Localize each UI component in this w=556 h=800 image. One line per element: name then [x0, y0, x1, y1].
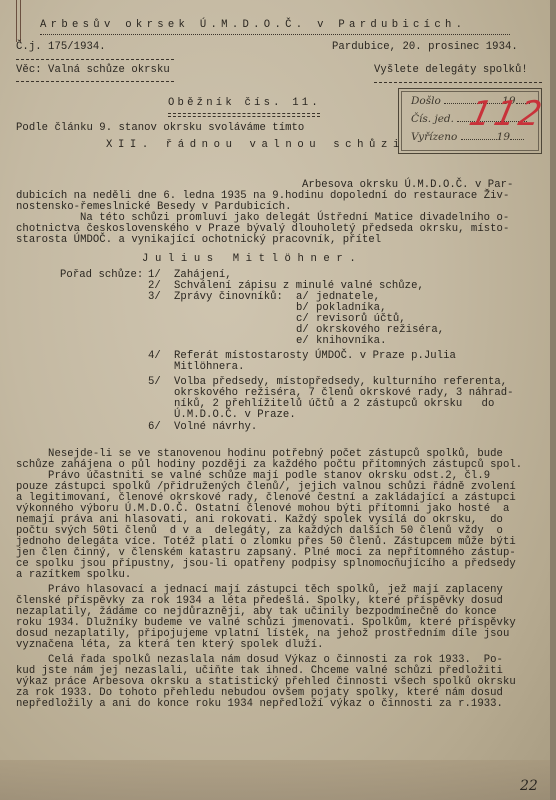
title-underline: [168, 113, 320, 114]
binding-mark: [16, 0, 21, 42]
speaker-line: starosta ÚMDOČ. a vynikající ochotnický …: [16, 235, 381, 247]
number-label: Čís. jed.: [411, 113, 454, 125]
divider: [16, 81, 174, 82]
agenda-subitem: knihovníka.: [316, 336, 386, 348]
divider: [374, 82, 542, 83]
title-underline: [168, 116, 320, 117]
document-page: Arbesův okrsek Ú.M.D.O.Č. v Pardubicích.…: [0, 0, 552, 800]
paragraph-line: vyznačena léta, za která ten který spole…: [16, 640, 324, 652]
settled-label: Vyřízeno: [411, 131, 457, 143]
subject-line: Věc: Valná schůze okrsku: [16, 65, 170, 77]
letterhead: Arbesův okrsek Ú.M.D.O.Č. v Pardubicích.: [40, 20, 466, 32]
agenda-item: Ú.M.D.O.Č. v Praze.: [174, 410, 296, 422]
reference-number: Č.j. 175/1934.: [16, 42, 106, 54]
meeting-heading: XII. řádnou valnou schůzi: [106, 140, 405, 152]
agenda-item: Mitlöhnera.: [174, 362, 244, 374]
agenda-number: 3/: [148, 292, 161, 304]
place-date: Pardubice, 20. prosinec 1934.: [332, 42, 518, 54]
received-label: Došlo: [411, 95, 441, 107]
agenda-number: 6/: [148, 422, 161, 434]
page-number: 22: [520, 778, 538, 794]
speaker-name: Julius Mitlöhner.: [142, 254, 362, 266]
agenda-number: 4/: [148, 351, 161, 363]
agenda-item: Volné návrhy.: [174, 422, 257, 434]
paragraph-line: nepředložily a ani do konce roku 1934 ne…: [16, 699, 503, 711]
page-edge: [550, 0, 556, 800]
divider: [16, 59, 174, 60]
stamp-registry-number: 112: [466, 94, 548, 134]
paragraph-line: a razítkem spolku.: [16, 570, 131, 582]
letterhead-underline: [40, 34, 510, 35]
agenda-subletter: e/: [296, 336, 309, 348]
agenda-number: 5/: [148, 377, 161, 389]
intro-line: Podle článku 9. stanov okrsku svoláváme …: [16, 123, 304, 135]
agenda-label: Pořad schůze:: [60, 270, 143, 282]
agenda-item: Zprávy činovníků:: [174, 292, 283, 304]
circular-title: Oběžník čís. 11.: [168, 98, 321, 110]
delegates-notice: Vyšlete delegáty spolků!: [374, 65, 528, 77]
